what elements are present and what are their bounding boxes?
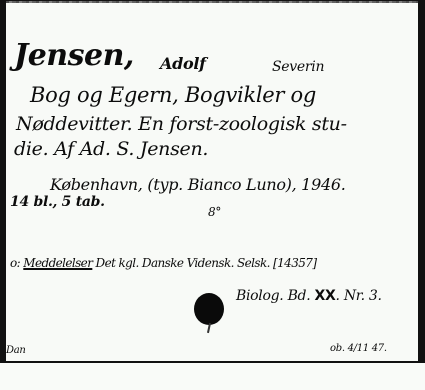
author-given-name: Adolf: [160, 54, 206, 73]
punch-hole: [194, 293, 224, 325]
title-line-1: Bog og Egern, Bogvikler og: [30, 83, 316, 107]
title-line-2: Nøddevitter. En forst-zoologisk stu-: [16, 113, 347, 135]
scan-edge-noise: [6, 1, 418, 3]
title-line-3: die. Af Ad. S. Jensen.: [14, 138, 208, 160]
author-middle-name: Severin: [272, 59, 324, 75]
format: 8°: [208, 205, 221, 219]
series-rest: Det kgl. Danske Vidensk. Selsk. [14357]: [96, 256, 317, 270]
series-main-title: Meddelelser: [23, 256, 92, 270]
series-number: . Nr. 3.: [336, 288, 382, 304]
series-volume: XX: [315, 288, 336, 304]
series-subseries: Biolog. Bd.: [236, 288, 310, 304]
corner-note-right: ob. 4/11 47.: [330, 343, 387, 354]
collation: 14 bl., 5 tab.: [10, 194, 105, 210]
series-line-1: o: Meddelelser Det kgl. Danske Vidensk. …: [10, 256, 316, 270]
series-prefix: o:: [10, 256, 20, 270]
imprint: København, (typ. Bianco Luno), 1946.: [50, 175, 346, 194]
corner-note-left: Dan: [6, 345, 26, 356]
author-surname: Jensen,: [14, 38, 134, 73]
series-line-2: Biolog. Bd. XX. Nr. 3.: [236, 288, 382, 304]
